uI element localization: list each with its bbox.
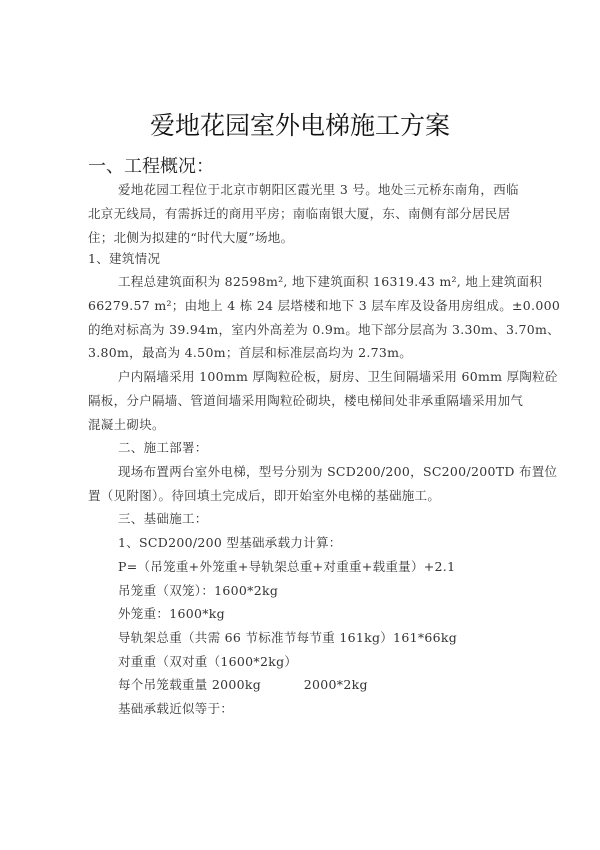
paragraph-line: 隔板，分户隔墙、管道间墙采用陶粒砼砌块，楼电梯间处非承重隔墙采用加气 bbox=[88, 391, 523, 409]
calc-line: 吊笼重（双笼）：1600*2kg bbox=[118, 581, 278, 599]
document-page: 爱地花园室外电梯施工方案 一、工程概况： 爱地花园工程位于北京市朝阳区霞光里 3… bbox=[0, 0, 600, 850]
section-heading-overview: 一、工程概况： bbox=[88, 152, 214, 178]
paragraph-line: 住；北侧为拟建的“时代大厦”场地。 bbox=[88, 228, 293, 246]
subsection-heading-building: 1、建筑情况 bbox=[88, 249, 160, 267]
calc-line: P=（吊笼重+外笼重+导轨架总重+对重重+载重量）+2.1 bbox=[118, 557, 455, 575]
paragraph-line: 3.80m，最高为 4.50m；首层和标准层高均为 2.73m。 bbox=[88, 343, 412, 361]
section-heading-deployment: 二、施工部署： bbox=[118, 438, 208, 456]
section-heading-foundation: 三、基础施工： bbox=[118, 509, 208, 527]
paragraph-line: 户内隔墙采用 100mm 厚陶粒砼板，厨房、卫生间隔墙采用 60mm 厚陶粒砼 bbox=[118, 367, 558, 385]
paragraph-line: 的绝对标高为 39.94m，室内外高差为 0.9m。地下部分层高为 3.30m、… bbox=[88, 320, 560, 338]
paragraph-line: 66279.57 m²；由地上 4 栋 24 层塔楼和地下 3 层车库及设备用房… bbox=[88, 296, 560, 314]
paragraph-line: 混凝土砌块。 bbox=[88, 415, 165, 433]
calc-line: 对重重（双对重（1600*2kg） bbox=[118, 652, 297, 670]
calc-line: 基础承载近似等于： bbox=[118, 699, 233, 717]
paragraph-line: 置（见附图）。待回填土完成后，即开始室外电梯的基础施工。 bbox=[88, 486, 440, 504]
calc-line: 导轨架总重（共需 66 节标准节每节重 161kg）161*66kg bbox=[118, 628, 457, 646]
document-title: 爱地花园室外电梯施工方案 bbox=[0, 106, 600, 142]
paragraph-line: 现场布置两台室外电梯，型号分别为 SCD200/200，SC200/200TD … bbox=[118, 462, 557, 480]
paragraph-line: 北京无线局，有需拆迁的商用平房；南临南银大厦，东、南侧有部分居民居 bbox=[88, 204, 510, 222]
paragraph-line: 爱地花园工程位于北京市朝阳区霞光里 3 号。地处三元桥东南角，西临 bbox=[118, 180, 519, 198]
calc-heading: 1、SCD200/200 型基础承载力计算： bbox=[118, 533, 342, 551]
calc-line: 外笼重：1600*kg bbox=[118, 604, 225, 622]
paragraph-line: 工程总建筑面积为 82598m², 地下建筑面积 16319.43 m², 地上… bbox=[118, 272, 542, 290]
calc-line: 每个吊笼载重量 2000kg 2000*2kg bbox=[118, 675, 368, 693]
